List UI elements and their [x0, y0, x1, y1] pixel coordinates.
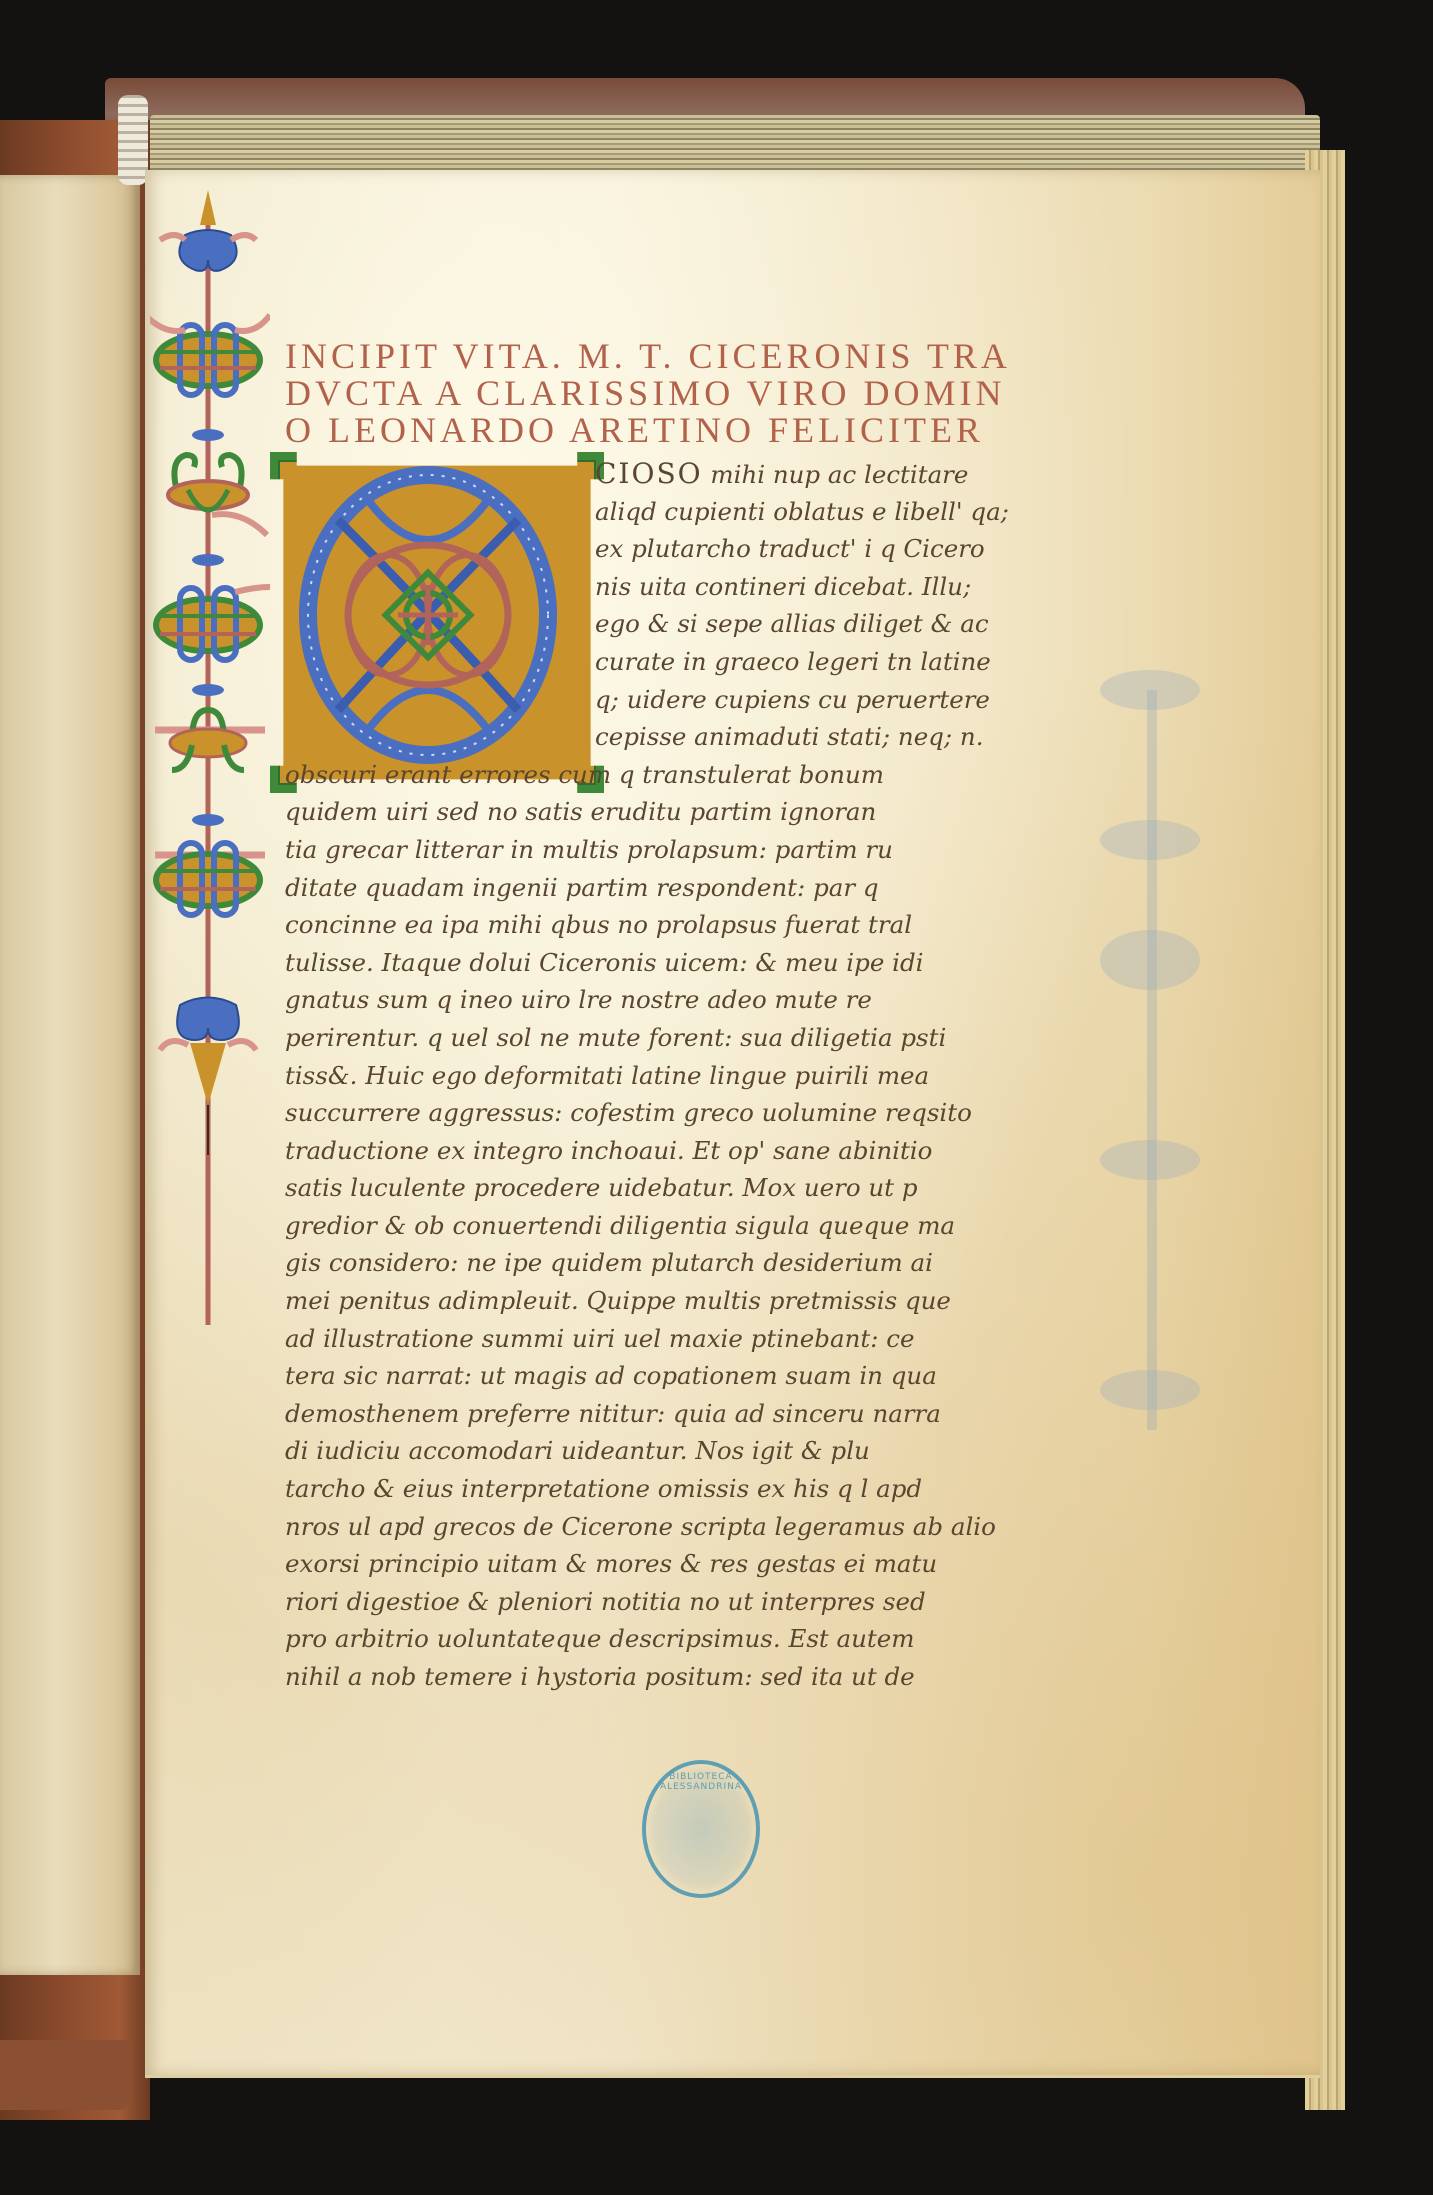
rubric-line: INCIPIT VITA. M. T. CICERONIS TRA — [285, 338, 1105, 375]
text-line: gredior & ob conuertendi diligentia sigu… — [285, 1207, 1075, 1245]
text-line: q; uidere cupiens cu peruertere — [285, 681, 1075, 719]
text-line: cepisse animaduti stati; neq; n. — [285, 718, 1075, 756]
text-line: tera sic narrat: ut magis ad copationem … — [285, 1357, 1075, 1395]
first-word: CIOSO — [595, 457, 703, 490]
text-line: satis luculente procedere uidebatur. Mox… — [285, 1169, 1075, 1207]
text-line: tiss&. Huic ego deformitati latine lingu… — [285, 1057, 1075, 1095]
spine-thread — [118, 95, 148, 185]
text-line: CIOSO mihi nup ac lectitare — [285, 455, 1075, 493]
text-line: ex plutarcho traduct' i q Cicero — [285, 530, 1075, 568]
page-edges-top — [150, 115, 1320, 177]
text-line: nis uita contineri dicebat. Illu; — [285, 568, 1075, 606]
text-line: succurrere aggressus: cofestim greco uol… — [285, 1094, 1075, 1132]
text-line: obscuri erant errores cum q transtulerat… — [285, 756, 1075, 794]
rubric-line: O LEONARDO ARETINO FELICITER — [285, 412, 1105, 449]
text-line: mei penitus adimpleuit. Quippe multis pr… — [285, 1282, 1075, 1320]
show-through-ornament — [1095, 670, 1205, 1430]
text-line: tia grecar litterar in multis prolapsum:… — [285, 831, 1075, 869]
text-line: concinne ea ipa mihi qbus no prolapsus f… — [285, 906, 1075, 944]
body-text: CIOSO mihi nup ac lectitare aliqd cupien… — [285, 455, 1075, 1696]
text-line: tarcho & eius interpretatione omissis ex… — [285, 1470, 1075, 1508]
text-line: exorsi principio uitam & mores & res ges… — [285, 1545, 1075, 1583]
text-line: perirentur. q uel sol ne mute forent: su… — [285, 1019, 1075, 1057]
text-line: gnatus sum q ineo uiro lre nostre adeo m… — [285, 981, 1075, 1019]
text-line: ego & si sepe allias diliget & ac — [285, 605, 1075, 643]
text-line: traductione ex integro inchoaui. Et op' … — [285, 1132, 1075, 1170]
library-stamp: BIBLIOTECA ALESSANDRINA — [642, 1760, 760, 1898]
text-line: nros ul apd grecos de Cicerone scripta l… — [285, 1508, 1075, 1546]
text-line: curate in graeco legeri tn latine — [285, 643, 1075, 681]
bottom-cover — [0, 2040, 130, 2110]
stamp-label: BIBLIOTECA ALESSANDRINA — [646, 1772, 756, 1792]
rubric-heading: INCIPIT VITA. M. T. CICERONIS TRA DVCTA … — [285, 338, 1105, 449]
text-line: pro arbitrio uoluntateque descripsimus. … — [285, 1620, 1075, 1658]
text-line: demosthenem preferre nititur: quia ad si… — [285, 1395, 1075, 1433]
text-line: ditate quadam ingenii partim respondent:… — [285, 869, 1075, 907]
text-line: quidem uiri sed no satis eruditu partim … — [285, 793, 1075, 831]
text-line: riori digestioe & pleniori notitia no ut… — [285, 1583, 1075, 1621]
text-line: tulisse. Itaque dolui Ciceronis uicem: &… — [285, 944, 1075, 982]
text-line: di iudiciu accomodari uideantur. Nos igi… — [285, 1432, 1075, 1470]
text-line: aliqd cupienti oblatus e libell' qa; — [285, 493, 1075, 531]
text-line: ad illustratione summi uiri uel maxie pt… — [285, 1320, 1075, 1358]
border-ornament — [150, 185, 270, 1340]
text-line: gis considero: ne ipe quidem plutarch de… — [285, 1244, 1075, 1282]
rubric-line: DVCTA A CLARISSIMO VIRO DOMIN — [285, 375, 1105, 412]
text-line: nihil a nob temere i hystoria positum: s… — [285, 1658, 1075, 1696]
left-leaf — [0, 175, 140, 1975]
